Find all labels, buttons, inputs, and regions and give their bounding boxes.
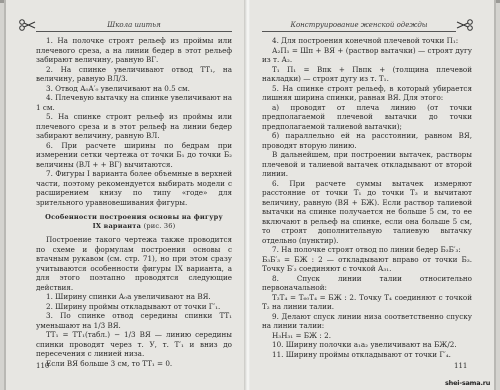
paragraph: ТТ₁ = ТТ₁(табл.) − 1/3 ВЯ — линию середи… bbox=[36, 330, 232, 359]
left-page-number: 110 bbox=[36, 362, 49, 370]
paragraph: 11. Ширину проймы откладывают от точки Г… bbox=[262, 350, 472, 360]
left-page-body: 1. На полочке строят рельеф из проймы ил… bbox=[36, 36, 232, 368]
paragraph: 8. Спуск линии талии относительно первон… bbox=[262, 274, 472, 293]
right-running-header: Конструирование женской одежды bbox=[262, 17, 456, 32]
paragraph: 5. На спинке строят рельеф, в который уб… bbox=[262, 84, 472, 103]
paragraph: 10. Ширину полочки а₁а₂ увеличивают на Б… bbox=[262, 340, 472, 350]
paragraph: а) проводят от плеча линию (от точки пре… bbox=[262, 103, 472, 132]
paragraph: 6. При расчете ширины по бедрам при изме… bbox=[36, 141, 232, 170]
paragraph: Т₃Т₄ = Т₆₀Т₄ = БЖ : 2. Точку Т₄ соединяю… bbox=[262, 293, 472, 312]
paragraph: 1. Ширину спинки А₀а увеличивают на ВЯ. bbox=[36, 292, 232, 302]
section-heading: Особенности построения основы на фигуру … bbox=[36, 213, 232, 231]
scissors-icon bbox=[18, 18, 36, 32]
paragraph: 1. На полочке строят рельеф из проймы ил… bbox=[36, 36, 232, 65]
paragraph: Б₃Б′₃ = БЖ : 2 — откладывают вправо от т… bbox=[262, 255, 472, 274]
paragraph: 9. Делают спуск линии низа соответственн… bbox=[262, 312, 472, 331]
left-header-title: Школа шитья bbox=[36, 21, 232, 29]
paragraph: 6. При расчете суммы вытачек измеряют ра… bbox=[262, 179, 472, 246]
paragraph: Построение такого чертежа также проводит… bbox=[36, 235, 232, 292]
paragraph: 4. Плечевую вытачку на спинке увеличиваю… bbox=[36, 93, 232, 112]
right-page-number: 111 bbox=[454, 362, 467, 370]
paragraph: 4. Для построения конечной плечевой точк… bbox=[262, 36, 472, 46]
paragraph: В дальнейшем, при построении вытачек, ра… bbox=[262, 150, 472, 179]
paragraph: 2. На спинке увеличивают отвод ТТ₁, на в… bbox=[36, 65, 232, 84]
section-heading-variant: IX варианта bbox=[93, 222, 142, 230]
book-spread: Школа шитья 1. На полочке строят рельеф … bbox=[0, 0, 500, 390]
paragraph: 3. По спинке отвод середины спинки ТТ₁ у… bbox=[36, 311, 232, 330]
paragraph: Т₁ П₁ = Впк + Пвпк + (толщина плечевой н… bbox=[262, 65, 472, 84]
paragraph: А₂П₁ = Шп + ВЯ + (раствор вытачки) — стр… bbox=[262, 46, 472, 65]
right-header-title: Конструирование женской одежды bbox=[262, 21, 456, 29]
right-page-body: 4. Для построения конечной плечевой точк… bbox=[262, 36, 472, 359]
scissors-icon bbox=[456, 18, 474, 32]
paragraph: 7. На полочке строят отвод по линии беде… bbox=[262, 245, 472, 255]
left-running-header: Школа шитья bbox=[36, 17, 232, 32]
paragraph: 2. Ширину проймы откладывают от точки Г′… bbox=[36, 302, 232, 312]
paragraph: 3. Отвод А₀А′₀ увеличивают на 0.5 см. bbox=[36, 84, 232, 94]
watermark: shei-sama.ru bbox=[445, 379, 490, 387]
paragraph: 5. На спинке строят рельеф из проймы или… bbox=[36, 112, 232, 141]
paragraph: 7. Фигуры I варианта более объемные в ве… bbox=[36, 169, 232, 207]
paragraph: б) параллельно ей на расстоянии, равном … bbox=[262, 131, 472, 150]
section-heading-line1: Особенности построения основы на фигуру bbox=[36, 213, 232, 222]
paragraph: Н₃Н₃₁ = БЖ : 2. bbox=[262, 331, 472, 341]
paragraph: Если ВЯ больше 3 см, то ТТ₁ = 0. bbox=[36, 359, 232, 369]
figure-reference: (рис. 36) bbox=[144, 222, 176, 230]
